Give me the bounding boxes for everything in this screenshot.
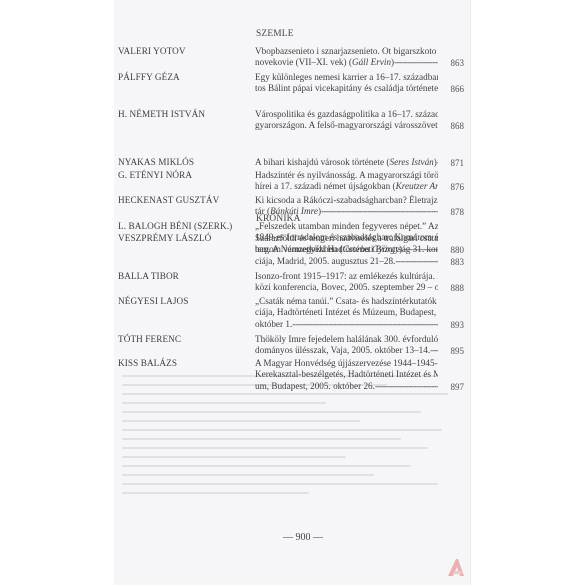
page-number: — 900 — bbox=[283, 532, 323, 543]
entry-page-number: 871 bbox=[440, 158, 464, 169]
entry-author: TÓTH FERENC bbox=[118, 334, 254, 345]
entry-page-number: 868 bbox=[440, 121, 464, 132]
entry-title: A bihari kishajdú városok története (Ser… bbox=[255, 157, 438, 168]
entry-title: Isonzo-front 1915–1917: az emlékezés kul… bbox=[255, 271, 438, 294]
entry-author: G. ETÉNYI NÓRA bbox=[118, 170, 254, 181]
entry-title-line: ciája, Madrid, 2005. augusztus 21–28. bbox=[255, 256, 395, 266]
entry-page-number: 863 bbox=[440, 58, 464, 69]
entry-title: Thököly Imre fejedelem halálának 300. év… bbox=[255, 334, 438, 357]
entry-title-line: Várospolitika és gazdaságpolitika a 16–1… bbox=[255, 109, 438, 119]
dot-leader: ----------------------------------------… bbox=[394, 57, 438, 67]
entry-title-line: dományos ülésszak, Vaja, 2005. október 1… bbox=[255, 345, 430, 355]
entry-title-line: A bihari kishajdú városok története bbox=[255, 157, 386, 167]
entry-title-line: novekovie (VII–XI. vek) bbox=[255, 57, 349, 67]
dot-leader: ----------------------------------------… bbox=[375, 381, 438, 391]
entry-title-line: Egy különleges nemesi karrier a 16–17. s… bbox=[255, 72, 438, 82]
section-title: SZEMLE bbox=[256, 29, 294, 39]
entry-title-line: Kerekasztal-beszélgetés, Hadtörténeti In… bbox=[255, 369, 438, 379]
entry-page-number: 883 bbox=[440, 257, 464, 268]
entry-author: H. NÉMETH ISTVÁN bbox=[118, 109, 254, 120]
entry-title: Szárazföldi és tengeri hadviselés a traf… bbox=[255, 233, 438, 267]
entry-author: VALERI YOTOV bbox=[118, 46, 254, 57]
entry-title-line: október 1. bbox=[255, 319, 292, 329]
entry-title-line: „Csaták néma tanúi.” Csata- és hadszínté… bbox=[255, 296, 438, 306]
entry-page-number: 895 bbox=[440, 346, 464, 357]
entry-title: „Csaták néma tanúi.” Csata- és hadszínté… bbox=[255, 296, 438, 330]
entry-author: NYAKAS MIKLÓS bbox=[118, 157, 254, 168]
dot-leader: ----------------------------------------… bbox=[321, 206, 438, 216]
entry-title: Hadszíntér és nyilvánosság. A magyarorsz… bbox=[255, 170, 438, 193]
entry-page-number: 897 bbox=[440, 382, 464, 393]
entry-title-line: A Magyar Honvédség újjászervezése 1944–1… bbox=[255, 358, 438, 368]
entry-title-line: Thököly Imre fejedelem halálának 300. év… bbox=[255, 334, 438, 344]
dot-leader: ----------------------------------------… bbox=[437, 157, 438, 167]
entry-title-line: ban. A Nemzetközi Hadtörténeti Bizottság… bbox=[255, 244, 438, 254]
entry-author: KISS BALÁZS bbox=[118, 358, 254, 369]
entry-page-number: 876 bbox=[440, 182, 464, 193]
entry-title-line: Isonzo-front 1915–1917: az emlékezés kul… bbox=[255, 271, 438, 281]
entry-author: PÁLFFY GÉZA bbox=[118, 72, 254, 83]
entry-title-line: Ki kicsoda a Rákóczi-szabadságharcban? É… bbox=[255, 195, 438, 205]
entry-page-number: 880 bbox=[440, 245, 464, 256]
dot-leader: ----------------------------------------… bbox=[395, 256, 438, 266]
entry-author: HECKENAST GUSZTÁV bbox=[118, 195, 254, 206]
section-title: KRÓNIKA bbox=[256, 214, 301, 224]
entry-title-line: Hadszíntér és nyilvánosság. A magyarorsz… bbox=[255, 170, 438, 180]
entry-title: Vbopbazsenieto i sznarjazsenieto. Ot big… bbox=[255, 46, 438, 69]
entry-author: VESZPRÉMY LÁSZLÓ bbox=[118, 233, 254, 244]
entry-page-number: 878 bbox=[440, 207, 464, 218]
entry-reviewer: Gáll Ervin bbox=[352, 57, 391, 67]
entry-page-number: 893 bbox=[440, 320, 464, 331]
entry-title-line: hírei a 17. századi német újságokban bbox=[255, 181, 393, 191]
entry-title: Egy különleges nemesi karrier a 16–17. s… bbox=[255, 72, 438, 95]
dot-leader: ----------------------------------------… bbox=[292, 319, 438, 329]
entry-author: NÉGYESI LAJOS bbox=[118, 296, 254, 307]
entry-author: L. BALOGH BÉNI (SZERK.) bbox=[118, 221, 254, 232]
entry-reviewer: Kreutzer Andrea bbox=[396, 181, 438, 191]
entry-page-number: 866 bbox=[440, 84, 464, 95]
entry-title: A Magyar Honvédség újjászervezése 1944–1… bbox=[255, 358, 438, 392]
entry-title-line: ciája, Hadtörténeti Intézet és Múzeum, B… bbox=[255, 307, 438, 317]
entry-page-number: 888 bbox=[440, 283, 464, 294]
entry-title-line: gyarországon. A felső-magyarországi váro… bbox=[255, 120, 438, 130]
entry-author: BALLA TIBOR bbox=[118, 271, 254, 282]
entry-title-line: um, Budapest, 2005. október 26. bbox=[255, 381, 375, 391]
entry-title-line: tos Bálint pápai vicekapitány és családj… bbox=[255, 83, 438, 93]
publisher-logo-icon bbox=[445, 556, 467, 578]
entry-title: Várospolitika és gazdaságpolitika a 16–1… bbox=[255, 109, 438, 132]
entry-reviewer: Seres István bbox=[389, 157, 433, 167]
entry-title-line: közi konferencia, Bovec, 2005. szeptembe… bbox=[255, 282, 438, 292]
entry-title-line: Szárazföldi és tengeri hadviselés a traf… bbox=[255, 233, 438, 243]
entry-title-line: Vbopbazsenieto i sznarjazsenieto. Ot big… bbox=[255, 46, 438, 56]
dot-leader: ----------------------------------------… bbox=[430, 345, 438, 355]
